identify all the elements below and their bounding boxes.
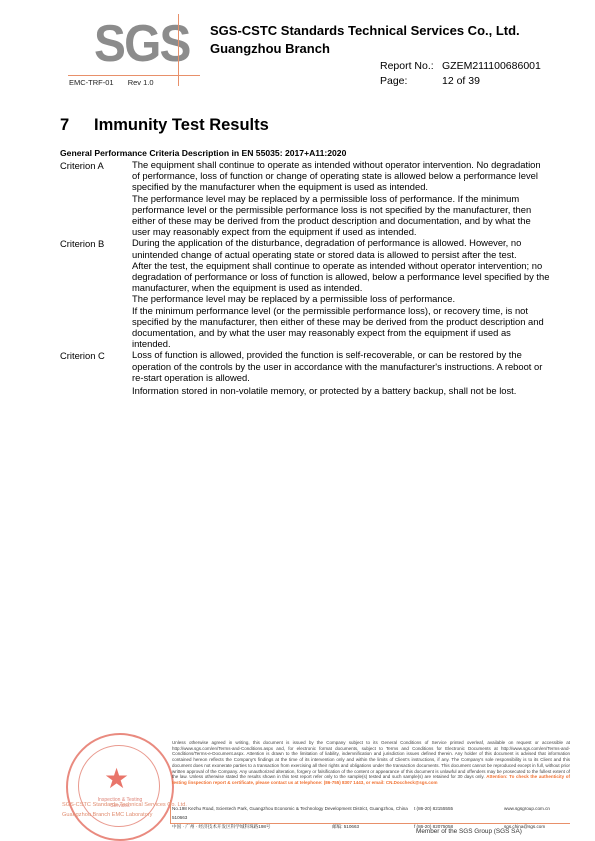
address-english: No.198 Kezhu Road, Scientech Park, Guang…	[172, 804, 414, 822]
report-meta: Report No.: GZEM211100686001 Page: 12 of…	[380, 59, 541, 89]
lab-name: SGS-CSTC Standards Technical Services Co…	[62, 800, 187, 820]
criterion-paragraph: Information stored in non-volatile memor…	[132, 385, 550, 396]
criterion-paragraph: Loss of function is allowed, provided th…	[132, 349, 550, 383]
criterion-paragraph: The performance level may be replaced by…	[132, 293, 550, 304]
member-notice: Member of the SGS Group (SGS SA)	[416, 828, 522, 835]
report-no-value: GZEM211100686001	[442, 59, 541, 74]
criterion-paragraph: If the minimum performance level (or the…	[132, 305, 550, 350]
criterion-c: Criterion C Loss of function is allowed,…	[60, 349, 550, 396]
lab-line-1: SGS-CSTC Standards Technical Services Co…	[62, 800, 187, 810]
website: www.sgsgroup.com.cn	[504, 804, 550, 822]
star-icon: ★	[104, 765, 129, 793]
company-line-1: SGS-CSTC Standards Technical Services Co…	[210, 22, 520, 40]
criterion-paragraph: The performance level may be replaced by…	[132, 193, 550, 238]
criterion-paragraph: During the application of the disturbanc…	[132, 237, 550, 259]
criterion-a: Criterion A The equipment shall continue…	[60, 159, 550, 237]
criterion-label: Criterion B	[60, 237, 132, 349]
form-code: EMC-TRF-01	[69, 78, 114, 87]
section-title-text: Immunity Test Results	[94, 116, 269, 134]
form-identifier: EMC-TRF-01 Rev 1.0	[69, 78, 166, 87]
company-name: SGS-CSTC Standards Technical Services Co…	[210, 22, 520, 58]
criterion-label: Criterion C	[60, 349, 132, 396]
telephone: t (86-20) 82155555	[414, 804, 504, 822]
revision: Rev 1.0	[128, 78, 154, 87]
page-label: Page:	[380, 74, 442, 89]
report-no-label: Report No.:	[380, 59, 442, 74]
footer-address: No.198 Kezhu Road, Scientech Park, Guang…	[172, 804, 572, 831]
company-line-2: Guangzhou Branch	[210, 40, 520, 58]
criterion-b: Criterion B During the application of th…	[60, 237, 550, 349]
logo-text: SGS	[94, 18, 190, 70]
criteria-heading: General Performance Criteria Description…	[60, 148, 346, 158]
criterion-label: Criterion A	[60, 159, 132, 237]
section-title: 7Immunity Test Results	[60, 116, 269, 135]
criterion-paragraph: The equipment shall continue to operate …	[132, 159, 550, 193]
logo-divider-horizontal	[68, 75, 200, 76]
section-number: 7	[60, 116, 94, 135]
page-value: 12 of 39	[442, 74, 480, 89]
footer-divider-vertical	[170, 800, 171, 824]
legal-disclaimer: Unless otherwise agreed in writing, this…	[172, 740, 570, 786]
criterion-paragraph: After the test, the equipment shall cont…	[132, 260, 550, 294]
company-seal-stamp: ★ Inspection & Testing Services	[66, 733, 174, 841]
footer-divider	[170, 823, 570, 824]
criteria-list: Criterion A The equipment shall continue…	[60, 159, 550, 396]
sgs-logo: SGS	[64, 12, 204, 76]
logo-divider-vertical	[178, 14, 179, 86]
lab-line-2: Guangzhou Branch EMC Laboratory	[62, 810, 187, 820]
